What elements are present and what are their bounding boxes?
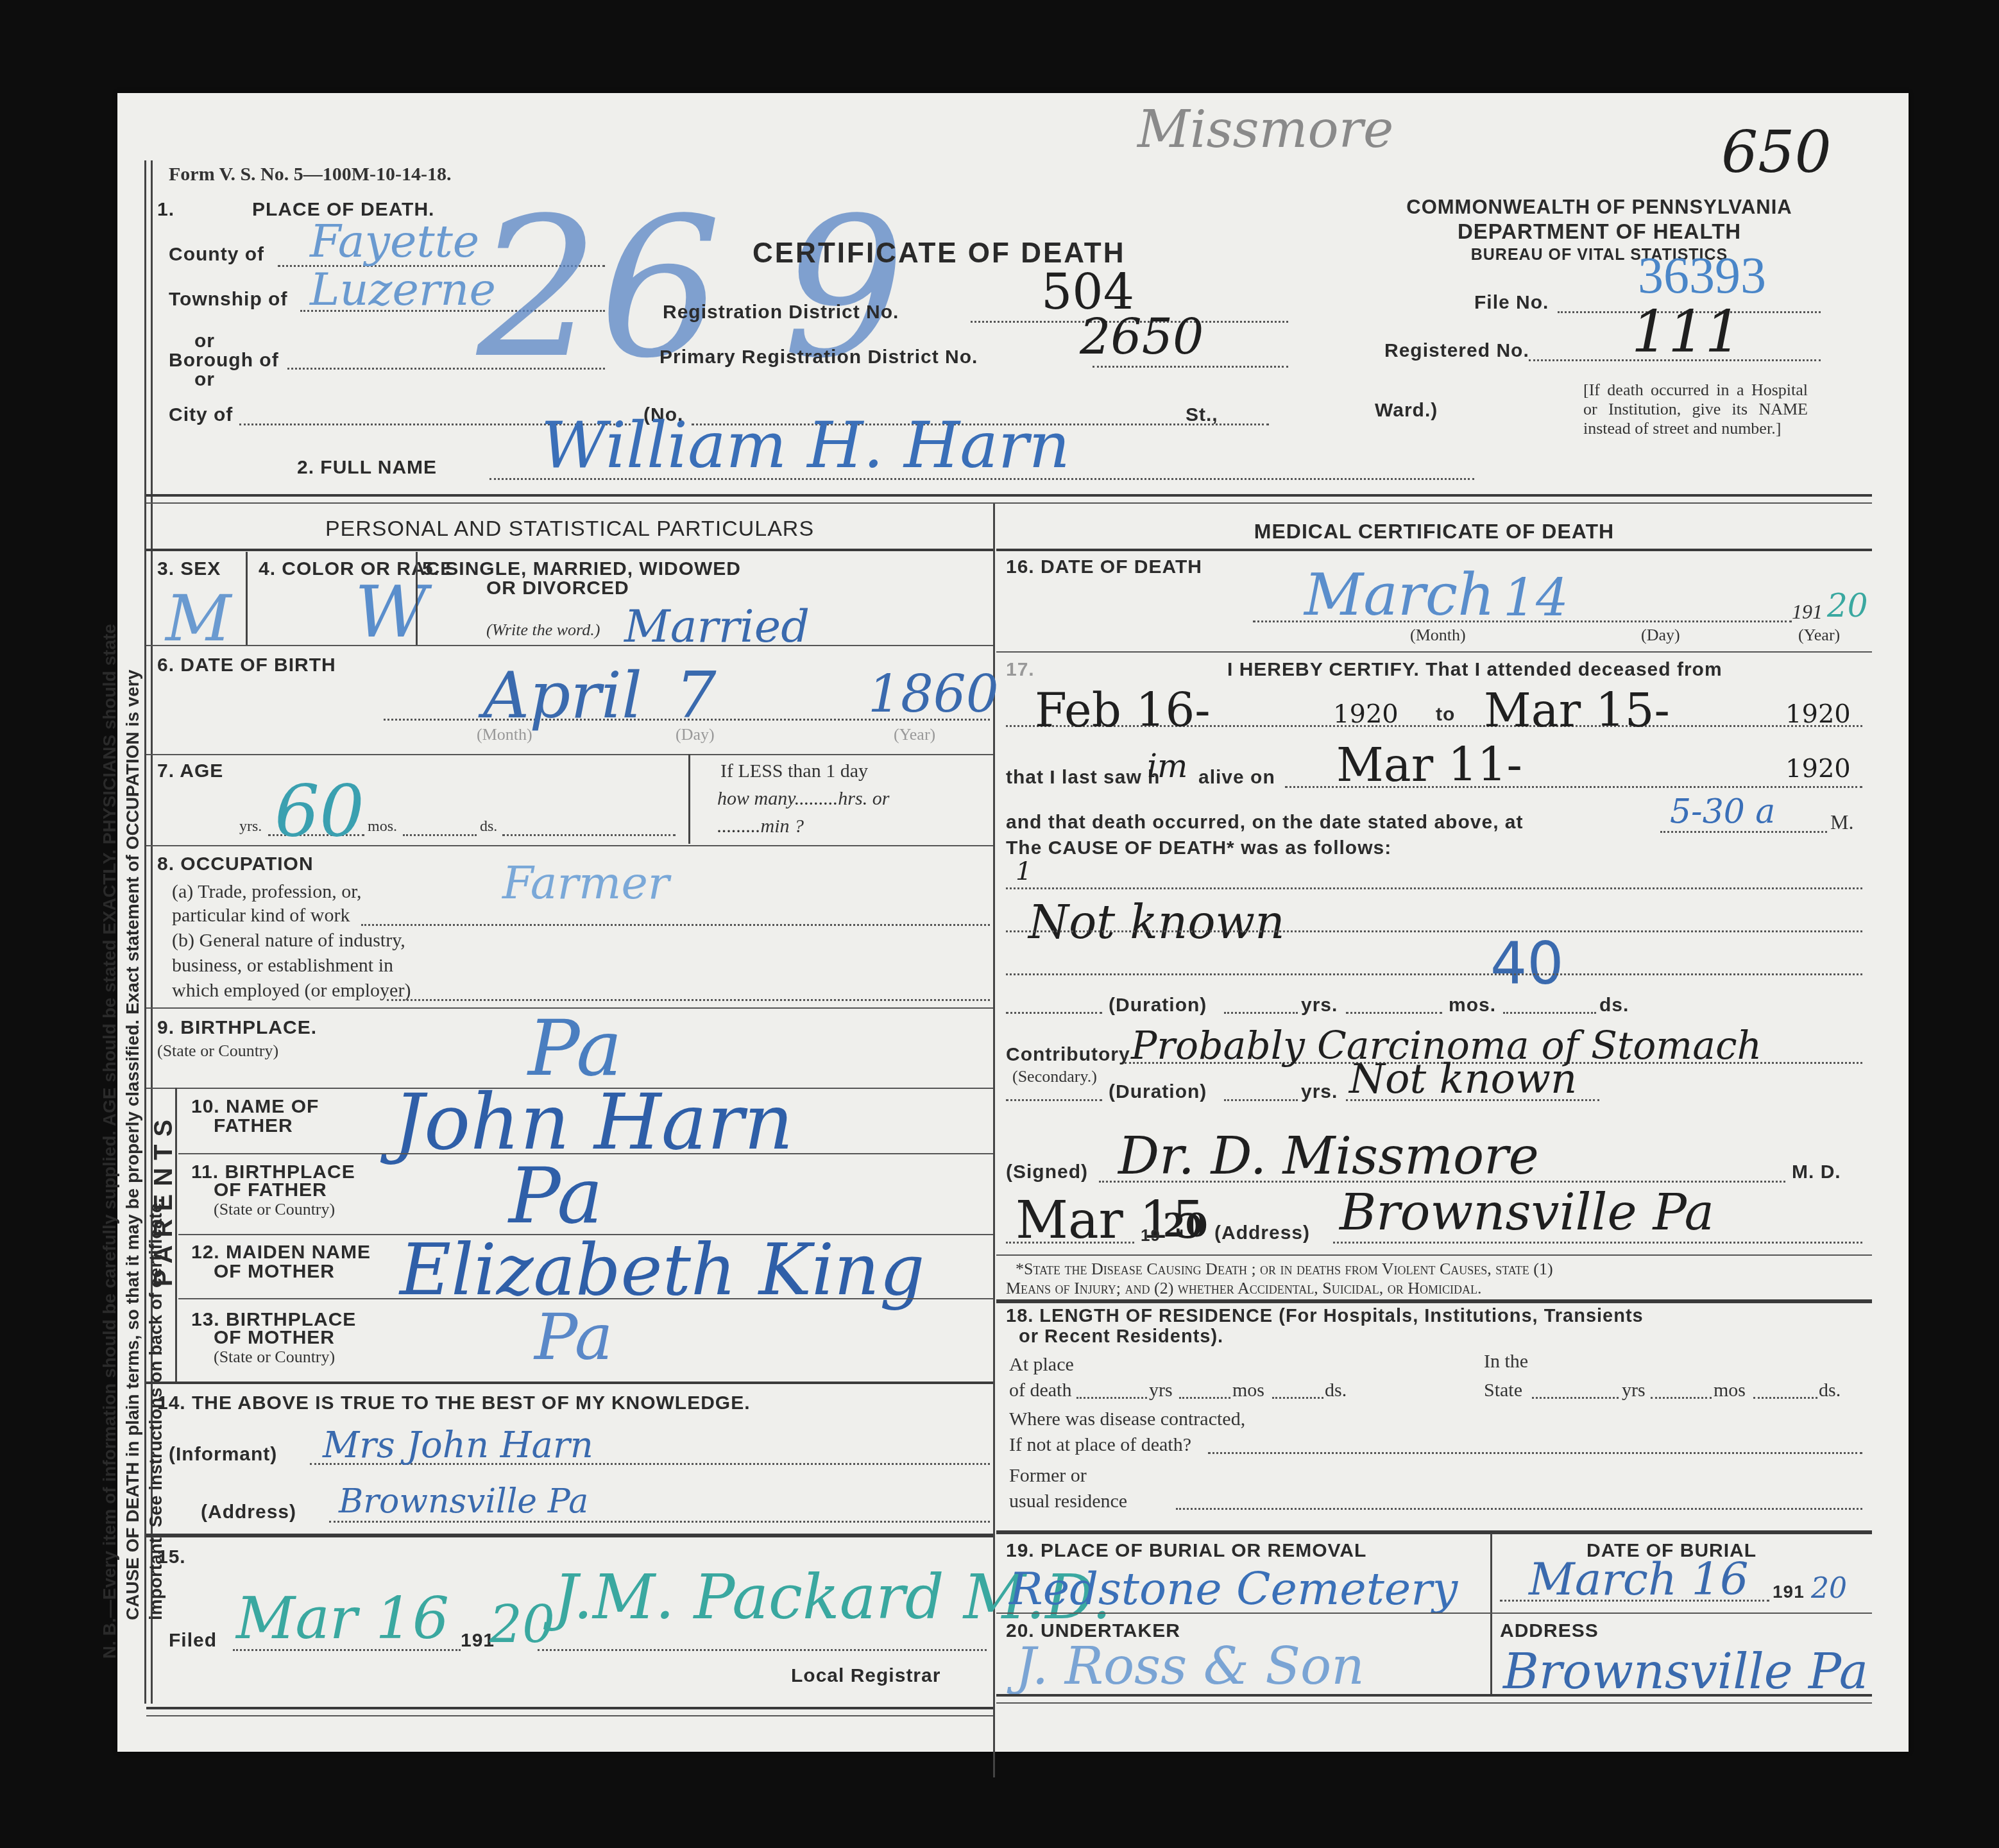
birthplace-label: 9. BIRTHPLACE. <box>157 1017 317 1039</box>
mother-birthplace-label-2: OF MOTHER <box>214 1327 335 1349</box>
form-number: Form V. S. No. 5—100M-10-14-18. <box>169 164 452 185</box>
full-name-value: William H. Harn <box>541 407 1070 483</box>
in-state-mos-line <box>1651 1397 1712 1399</box>
mother-birthplace-hint: (State or Country) <box>214 1347 335 1367</box>
contributory-yrs-line <box>1224 1099 1298 1101</box>
father-label-2: FATHER <box>214 1115 293 1137</box>
father-label-1: 10. NAME OF <box>191 1096 319 1118</box>
divider-footnote <box>996 1299 1872 1303</box>
marital-hint: (Write the word.) <box>486 620 600 640</box>
in-state-mos: mos <box>1714 1380 1746 1401</box>
age-mos-label: mos. <box>368 818 397 835</box>
contracted-line <box>1208 1452 1862 1454</box>
dob-year: 1860 <box>868 664 999 724</box>
contributory-label: Contributory <box>1006 1044 1130 1066</box>
duration-mos-line <box>1346 1012 1442 1014</box>
at-place-yrs-line <box>1076 1397 1147 1399</box>
divider-undertaker-2 <box>996 1702 1872 1704</box>
attended-from: Feb 16- <box>1035 683 1211 737</box>
alive-on-label: alive on <box>1198 767 1275 789</box>
registrar-label: Local Registrar <box>791 1665 940 1687</box>
attended-to-year: 1920 <box>1785 699 1851 729</box>
dod-label: 16. DATE OF DEATH <box>1006 556 1202 578</box>
dod-year-suffix: 20 <box>1827 587 1868 624</box>
cause-age-note: 40 <box>1490 930 1564 998</box>
father-birthplace-value: Pa <box>509 1152 603 1241</box>
issuer-line-1: COMMONWEALTH OF PENNSYLVANIA <box>1375 196 1824 219</box>
divider-filing-2 <box>146 1715 993 1716</box>
death-time-value: 5-30 a <box>1670 792 1775 831</box>
undertaker-address-value: Brownsville Pa <box>1503 1643 1868 1700</box>
mother-label-2: OF MOTHER <box>214 1261 335 1283</box>
filed-date: Mar 16 <box>236 1585 449 1652</box>
father-birthplace-label-2: OF FATHER <box>214 1179 327 1201</box>
age-divider <box>688 754 690 844</box>
contributory-duration-label: (Duration) <box>1109 1081 1207 1103</box>
township-value: Luzerne <box>310 263 496 316</box>
divider-undertaker <box>996 1694 1872 1697</box>
medical-heading: MEDICAL CERTIFICATE OF DEATH <box>996 520 1872 543</box>
section-number-15: 15. <box>157 1546 186 1568</box>
burial-place-label: 19. PLACE OF BURIAL OR REMOVAL <box>1006 1540 1366 1562</box>
certify-text: I HEREBY CERTIFY. That I attended deceas… <box>1227 659 1723 681</box>
age-ds-line <box>502 834 676 836</box>
signed-address-line <box>1333 1242 1862 1244</box>
residence-heading-1: 18. LENGTH OF RESIDENCE (For Hospitals, … <box>1006 1306 1644 1327</box>
md-label: M. D. <box>1792 1161 1841 1183</box>
occupation-b-3: which employed (or employer) <box>172 980 411 1002</box>
dob-year-caption: (Year) <box>894 725 935 744</box>
at-place-2: of death <box>1009 1380 1071 1401</box>
divider-burial <box>996 1613 1872 1614</box>
occupation-a-1: (a) Trade, profession, or, <box>172 881 361 903</box>
informant-label: (Informant) <box>169 1444 277 1466</box>
duration-ds-label: ds. <box>1599 995 1629 1016</box>
signed-year-suffix: 20 <box>1163 1206 1208 1244</box>
filed-label: Filed <box>169 1630 217 1652</box>
occupation-b-1: (b) General nature of industry, <box>172 930 405 952</box>
dod-year-prefix: 191 <box>1792 600 1823 624</box>
duration-label: (Duration) <box>1109 995 1207 1016</box>
dod-day-caption: (Day) <box>1641 626 1680 645</box>
divider-parents <box>146 1382 993 1384</box>
age-label: 7. AGE <box>157 760 223 782</box>
at-place-mos-line <box>1179 1397 1230 1399</box>
age-mos-line <box>403 834 477 836</box>
divider-name <box>146 494 1872 497</box>
section-number-17: 17. <box>1006 659 1035 681</box>
contracted-2: If not at place of death? <box>1009 1434 1191 1456</box>
cause-value: Not known <box>1028 895 1285 949</box>
last-saw-pronoun: im <box>1147 748 1187 785</box>
occupation-value: Farmer <box>502 857 669 909</box>
divider-filing <box>146 1707 993 1709</box>
undertaker-value: J. Ross & Son <box>1016 1636 1365 1696</box>
less-than-day-1: If LESS than 1 day <box>720 760 868 782</box>
in-state-1: In the <box>1484 1351 1528 1373</box>
dob-day-caption: (Day) <box>676 725 715 744</box>
at-place-ds-line <box>1272 1397 1323 1399</box>
divider-dod <box>996 651 1872 653</box>
signed-year-prefix: 19 <box>1141 1226 1161 1245</box>
divider-personal <box>146 549 993 551</box>
duration-line-pre <box>1006 1012 1102 1014</box>
hospital-note: [If death occurred in a Hospital or Inst… <box>1583 381 1808 438</box>
dod-day: 14 <box>1503 568 1569 628</box>
registrar-line <box>538 1649 987 1651</box>
to-label: to <box>1436 704 1455 726</box>
occupation-label: 8. OCCUPATION <box>157 853 314 875</box>
divider-informant <box>146 1534 993 1537</box>
registration-district-label: Registration District No. <box>663 302 899 323</box>
in-state-yrs: yrs <box>1622 1380 1646 1401</box>
contributory-duration-line-pre <box>1006 1099 1102 1101</box>
marital-label-1: 5. SINGLE, MARRIED, WIDOWED <box>422 558 741 580</box>
mother-birthplace-value: Pa <box>534 1299 613 1374</box>
dod-year-caption: (Year) <box>1798 626 1840 645</box>
cause-line-3 <box>1006 973 1862 975</box>
pencil-note-top: Missmore <box>1137 99 1393 159</box>
attended-from-year: 1920 <box>1333 699 1399 729</box>
in-state-ds: ds. <box>1819 1380 1841 1401</box>
registered-number-label: Registered No. <box>1384 340 1529 362</box>
at-place-mos: mos <box>1232 1380 1264 1401</box>
duration-yrs-label: yrs. <box>1301 995 1338 1016</box>
divider-age <box>146 845 993 846</box>
marital-label-2: OR DIVORCED <box>486 577 629 599</box>
cause-line-mark: 1 <box>1016 857 1032 886</box>
burial-place-value: Redstone Cemetery <box>1009 1562 1458 1615</box>
occupation-a-line <box>361 924 990 926</box>
burial-year-prefix: 191 <box>1773 1582 1805 1602</box>
death-time-label: and that death occurred, on the date sta… <box>1006 812 1523 834</box>
at-place-yrs: yrs <box>1149 1380 1173 1401</box>
informant-address-label: (Address) <box>201 1502 296 1523</box>
age-ds-label: ds. <box>480 818 497 835</box>
township-label: Township of <box>169 289 287 311</box>
death-certificate: N. B.—Every item of information should b… <box>117 93 1909 1752</box>
divider-signed <box>996 1254 1872 1256</box>
duration-yrs-line <box>1224 1012 1298 1014</box>
divider-dob <box>146 754 993 755</box>
county-value: Fayette <box>310 215 479 268</box>
cause-label: The CAUSE OF DEATH* was as follows: <box>1006 837 1391 859</box>
dob-label: 6. DATE OF BIRTH <box>157 654 336 676</box>
city-label: City of <box>169 404 233 426</box>
footnote-2: Means of Injury; and (2) whether Acciden… <box>1006 1279 1481 1298</box>
former-2: usual residence <box>1009 1491 1127 1512</box>
footnote-1: *State the Disease Causing Death ; or in… <box>1016 1260 1553 1279</box>
county-label: County of <box>169 244 264 266</box>
contracted-1: Where was disease contracted, <box>1009 1408 1245 1430</box>
pencil-number-top: 650 <box>1721 119 1832 186</box>
dob-month: April <box>483 658 642 733</box>
contributory-duration-value: Not known <box>1349 1056 1577 1103</box>
former-line <box>1176 1508 1862 1510</box>
registered-number-value: 111 <box>1631 298 1742 366</box>
informant-address-line <box>329 1521 990 1523</box>
contributory-yrs-label: yrs. <box>1301 1081 1338 1103</box>
or-label-1: or <box>194 330 215 352</box>
occupation-a-2: particular kind of work <box>172 905 350 927</box>
last-saw-year: 1920 <box>1785 754 1851 783</box>
primary-district-label: Primary Registration District No. <box>659 346 978 368</box>
divider-medical <box>996 549 1872 551</box>
sex-label: 3. SEX <box>157 558 221 580</box>
in-state-ds-line <box>1753 1397 1817 1399</box>
file-number-value: 36393 <box>1638 247 1766 305</box>
in-state-yrs-line <box>1532 1397 1619 1399</box>
in-state-2: State <box>1484 1380 1522 1401</box>
divider-sex-row <box>146 645 993 646</box>
ward-label: Ward.) <box>1375 400 1438 422</box>
signed-value: Dr. D. Missmore <box>1118 1126 1539 1186</box>
age-yrs-label: yrs. <box>239 818 262 835</box>
duration-mos-label: mos. <box>1449 995 1496 1016</box>
attended-to: Mar 15- <box>1484 683 1670 737</box>
last-saw-date: Mar 11- <box>1336 738 1522 792</box>
filed-year-suffix: 20 <box>489 1595 555 1654</box>
issuer-line-2: DEPARTMENT OF HEALTH <box>1375 219 1824 244</box>
street-label: St., <box>1186 404 1218 426</box>
residence-heading-2: or Recent Residents). <box>1019 1326 1223 1347</box>
burial-date-value: March 16 <box>1529 1553 1748 1605</box>
dob-day: 7 <box>676 658 717 733</box>
primary-district-value: 2650 <box>1080 308 1204 365</box>
divider-name-2 <box>146 502 1872 504</box>
occupation-b-2: business, or establishment in <box>172 955 393 977</box>
file-number-label: File No. <box>1474 292 1549 314</box>
parents-side-label: PARENTS <box>149 1112 178 1287</box>
last-saw-label: that I last saw h <box>1006 767 1160 789</box>
informant-address-value: Brownsville Pa <box>339 1482 588 1521</box>
mother-label-1: 12. MAIDEN NAME <box>191 1242 371 1263</box>
section-number-1: 1. <box>157 199 174 221</box>
less-than-day-3: .........min ? <box>717 816 804 837</box>
primary-district-line <box>1093 366 1288 368</box>
borough-label: Borough of <box>169 350 279 372</box>
duration-ds-line <box>1503 1012 1596 1014</box>
personal-heading: PERSONAL AND STATISTICAL PARTICULARS <box>146 517 993 542</box>
at-place-ds: ds. <box>1325 1380 1347 1401</box>
burial-divider <box>1490 1534 1492 1694</box>
secondary-label: (Secondary.) <box>1012 1067 1097 1086</box>
signed-address-label: (Address) <box>1214 1222 1310 1244</box>
race-divider <box>416 552 418 645</box>
margin-instructions: N. B.—Every item of information should b… <box>98 119 167 1659</box>
informant-value: Mrs John Harn <box>323 1425 593 1466</box>
undertaker-address-label: ADDRESS <box>1500 1620 1599 1642</box>
father-birthplace-hint: (State or Country) <box>214 1200 335 1219</box>
death-time-line <box>1660 831 1827 833</box>
full-name-label: 2. FULL NAME <box>297 457 437 479</box>
dob-month-caption: (Month) <box>477 725 532 744</box>
cause-line-2 <box>1006 930 1862 932</box>
cause-line-1 <box>1006 887 1862 889</box>
dod-month: March <box>1304 561 1495 629</box>
death-time-suffix: M. <box>1830 810 1853 834</box>
at-place-1: At place <box>1009 1354 1074 1376</box>
occupation-b-line <box>387 999 990 1001</box>
age-years-value: 60 <box>275 770 364 852</box>
less-than-day-2: how many.........hrs. or <box>717 788 889 810</box>
signed-label: (Signed) <box>1006 1161 1088 1183</box>
former-1: Former or <box>1009 1465 1087 1487</box>
sex-divider <box>246 552 248 645</box>
informant-heading: 14. THE ABOVE IS TRUE TO THE BEST OF MY … <box>157 1392 751 1414</box>
or-label-2: or <box>194 369 215 391</box>
burial-year-suffix: 20 <box>1811 1572 1847 1605</box>
divider-residence <box>996 1530 1872 1534</box>
dod-month-caption: (Month) <box>1410 626 1466 645</box>
birthplace-hint: (State or Country) <box>157 1041 278 1061</box>
signed-address-value: Brownsville Pa <box>1340 1184 1714 1242</box>
